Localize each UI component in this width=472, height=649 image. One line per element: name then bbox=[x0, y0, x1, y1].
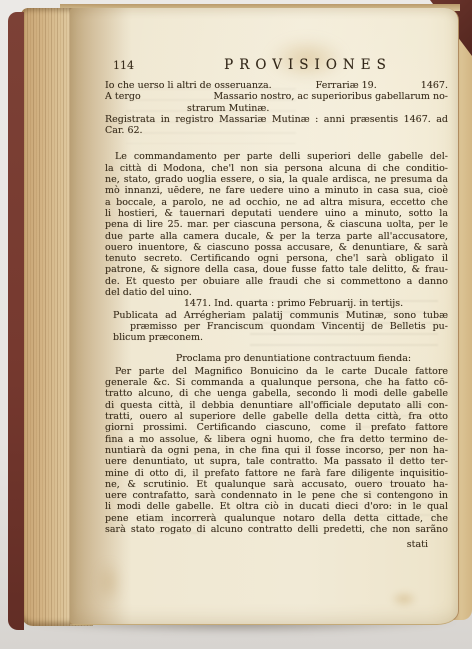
text-line: tratti, ouero al superiore delle gabelle… bbox=[105, 411, 448, 422]
text-line: fina a mo assolue, & libera ogni huomo, … bbox=[105, 434, 448, 445]
decree-paragraph: Le commandamento per parte delli superio… bbox=[105, 151, 448, 298]
text-line: ne, & scrutinio. Et qualunque sarà accus… bbox=[105, 479, 448, 490]
text-line: nuntiarà da ogni pena, in che fina qui i… bbox=[105, 445, 448, 456]
photo-backdrop: 114 PROVISIONES Io che uerso li altri de… bbox=[0, 0, 472, 649]
text-line: li modi delle gabelle. Et oltra ciò in d… bbox=[105, 501, 448, 512]
place-date: Ferrariæ 19. bbox=[316, 80, 377, 91]
text-line: A tergo Massario nostro, ac superioribus… bbox=[105, 91, 448, 102]
text-line: giorni prossimi. Certificando ciascuno, … bbox=[105, 422, 448, 433]
text-line: præmisso per Franciscum quondam Vincenti… bbox=[105, 321, 448, 332]
running-title: PROVISIONES bbox=[134, 60, 448, 71]
foxing-stain bbox=[390, 590, 418, 608]
text-line: generale &c. Si commanda a qualunque per… bbox=[105, 377, 448, 388]
text-line: Io che uerso li altri de osseruanza. Fer… bbox=[105, 80, 448, 91]
text-line: mine di otto di, il prefato fattore ne f… bbox=[105, 468, 448, 479]
text-line: Car. 62. bbox=[105, 125, 448, 136]
dateline: 1471. Ind. quarta : primo Februarij. in … bbox=[105, 298, 448, 309]
catchword: stati bbox=[105, 539, 448, 550]
proclama-paragraph: Per parte del Magnifico Bonuicino da le … bbox=[105, 366, 448, 535]
publication-paragraph: Publicata ad Arrégheriam palatij communi… bbox=[105, 310, 448, 344]
text-line: uere denuntiato, ut supra, tale contratt… bbox=[105, 456, 448, 467]
text-line: Registrata in registro Massariæ Mutinæ :… bbox=[105, 114, 448, 125]
text-line: uere contrafatto, sarà condennato in le … bbox=[105, 490, 448, 501]
text-line: blicum præconem. bbox=[105, 332, 448, 343]
text-line: strarum Mutinæ. bbox=[105, 103, 448, 114]
printed-text-block: 114 PROVISIONES Io che uerso li altri de… bbox=[105, 60, 448, 551]
text-line: a boccale, a parolo, ne ad occhio, ne ad… bbox=[105, 197, 448, 208]
text-line: de. Et questo per obuiare alle fraudi ch… bbox=[105, 276, 448, 287]
text-line: del datio del uino. bbox=[105, 287, 448, 298]
text-line: sarà stato rogato di alcuno contratto de… bbox=[105, 524, 448, 535]
a-tergo-text: Massario nostro, ac superioribus gabella… bbox=[141, 91, 448, 102]
text-line: la città di Modona, che'l non sia person… bbox=[105, 163, 448, 174]
text-line: tratto alcuno, di che uenga gabella, sec… bbox=[105, 388, 448, 399]
section-heading: Proclama pro denuntiatione contractuum f… bbox=[105, 353, 448, 364]
text-line: pena di lire 25. mar. per ciascuna perso… bbox=[105, 219, 448, 230]
page-header: 114 PROVISIONES bbox=[105, 60, 448, 76]
page-number: 114 bbox=[113, 60, 134, 71]
year: 1467. bbox=[421, 80, 448, 91]
text-line: tenuto secreto. Certificando ogni person… bbox=[105, 253, 448, 264]
text-line: di questa città, il debbia denuntiare al… bbox=[105, 400, 448, 411]
text-line: Per parte del Magnifico Bonuicino da le … bbox=[105, 366, 448, 377]
book-cover-spine bbox=[8, 12, 24, 630]
foxing-stain bbox=[96, 560, 122, 604]
text-line: Le commandamento per parte delli superio… bbox=[105, 151, 448, 162]
a-tergo-label: A tergo bbox=[105, 91, 141, 102]
text-line: due parte alla camera ducale, & per la t… bbox=[105, 231, 448, 242]
text-line: mò innanzi, uēdere, ne fare uedere uino … bbox=[105, 185, 448, 196]
text-line: ne, stato, grado uoglia essere, o sia, l… bbox=[105, 174, 448, 185]
text-line: ouero inuentore, & ciascuno possa accusa… bbox=[105, 242, 448, 253]
text-line: patrone, & signore della casa, doue fuss… bbox=[105, 264, 448, 275]
text-line: li hostieri, & tauernari deputati uender… bbox=[105, 208, 448, 219]
observance-line: Io che uerso li altri de osseruanza. bbox=[105, 80, 272, 91]
text-line: Publicata ad Arrégheriam palatij communi… bbox=[105, 310, 448, 321]
text-line: pene etiam incorrerà qualunque notaro de… bbox=[105, 513, 448, 524]
